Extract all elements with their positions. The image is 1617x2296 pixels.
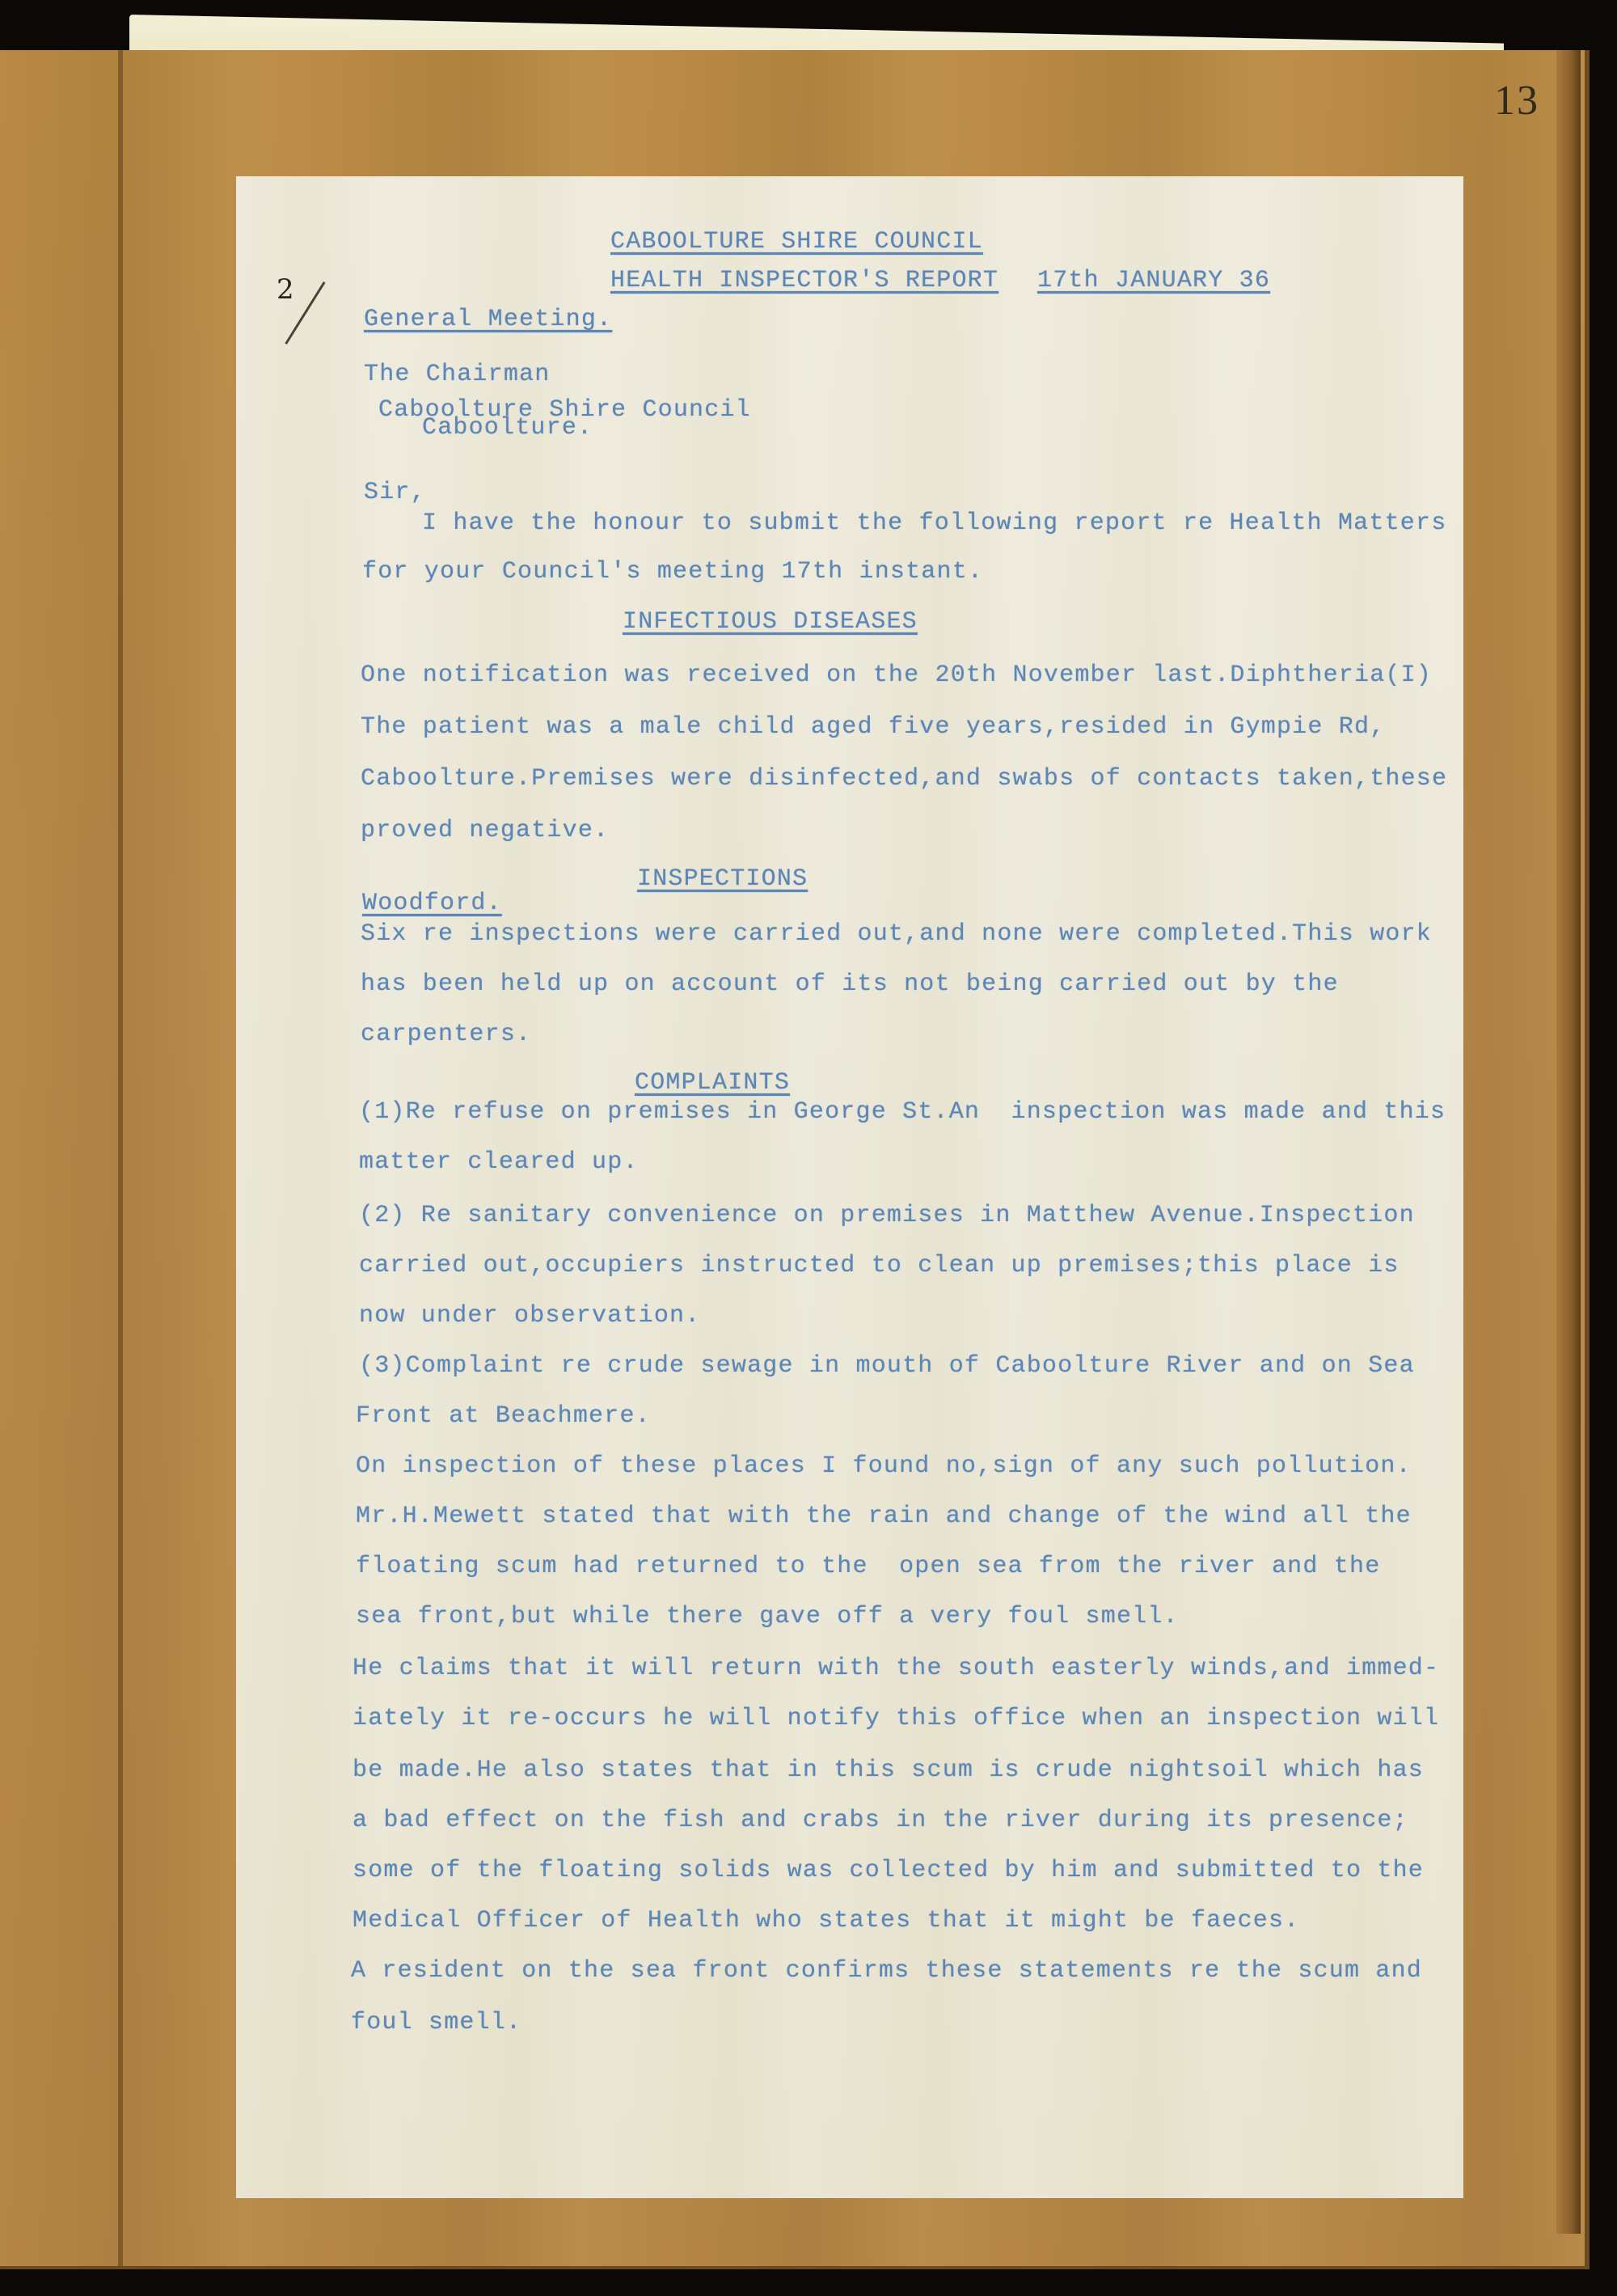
complaints-line: sea front,but while there gave off a ver…	[356, 1603, 1179, 1630]
margin-annotation: 2	[277, 273, 325, 338]
complaints-line: Mr.H.Mewett stated that with the rain an…	[356, 1503, 1412, 1530]
inspections-location: Woodford.	[362, 890, 502, 917]
complaints-line: foul smell.	[351, 2009, 521, 2036]
complaints-line: now under observation.	[359, 1302, 700, 1330]
infectious-line: Caboolture.Premises were disinfected,and…	[361, 765, 1447, 793]
report-date: 17th JANUARY 36	[1037, 267, 1270, 294]
infectious-line: proved negative.	[361, 817, 609, 844]
section-heading-infectious: INFECTIOUS DISEASES	[623, 608, 918, 636]
intro-line-1: I have the honour to submit the followin…	[422, 510, 1446, 537]
complaints-line: be made.He also states that in this scum…	[353, 1757, 1424, 1784]
infectious-line: One notification was received on the 20t…	[361, 662, 1432, 689]
report-title: HEALTH INSPECTOR'S REPORT	[610, 267, 998, 294]
inspections-line: Six re inspections were carried out,and …	[361, 920, 1432, 948]
addressee-town: Caboolture.	[422, 414, 593, 442]
complaints-line: On inspection of these places I found no…	[356, 1452, 1412, 1480]
complaints-line: Front at Beachmere.	[356, 1402, 651, 1430]
complaints-line: He claims that it will return with the s…	[353, 1655, 1439, 1682]
complaints-line: (3)Complaint re crude sewage in mouth of…	[359, 1352, 1415, 1380]
inspections-line: carpenters.	[361, 1021, 531, 1048]
complaints-line: floating scum had returned to the open s…	[356, 1553, 1380, 1580]
complaints-line: Medical Officer of Health who states tha…	[353, 1907, 1299, 1934]
salutation: Sir,	[364, 479, 426, 506]
infectious-line: The patient was a male child aged five y…	[361, 713, 1385, 741]
meeting-label: General Meeting.	[364, 306, 612, 333]
inspections-line: has been held up on account of its not b…	[361, 970, 1339, 998]
complaints-line: matter cleared up.	[359, 1148, 639, 1176]
complaints-line: carried out,occupiers instructed to clea…	[359, 1252, 1400, 1279]
section-heading-inspections: INSPECTIONS	[637, 865, 808, 893]
complaints-line: iately it re-occurs he will notify this …	[353, 1705, 1439, 1732]
complaints-line: A resident on the sea front confirms the…	[351, 1957, 1422, 1985]
page-stack-edge	[1556, 50, 1581, 2234]
addressee-title: The Chairman	[364, 361, 550, 388]
page-gutter	[118, 50, 123, 2266]
page-number: 13	[1494, 77, 1539, 125]
complaints-line: some of the floating solids was collecte…	[353, 1857, 1424, 1884]
complaints-line: (1)Re refuse on premises in George St.An…	[359, 1098, 1446, 1126]
complaints-line: (2) Re sanitary convenience on premises …	[359, 1202, 1415, 1229]
intro-line-2: for your Council's meeting 17th instant.	[362, 558, 983, 586]
margin-annotation-number: 2	[277, 273, 294, 306]
complaints-line: a bad effect on the fish and crabs in th…	[353, 1807, 1408, 1834]
council-heading: CABOOLTURE SHIRE COUNCIL	[610, 228, 983, 256]
section-heading-complaints: COMPLAINTS	[635, 1069, 790, 1097]
